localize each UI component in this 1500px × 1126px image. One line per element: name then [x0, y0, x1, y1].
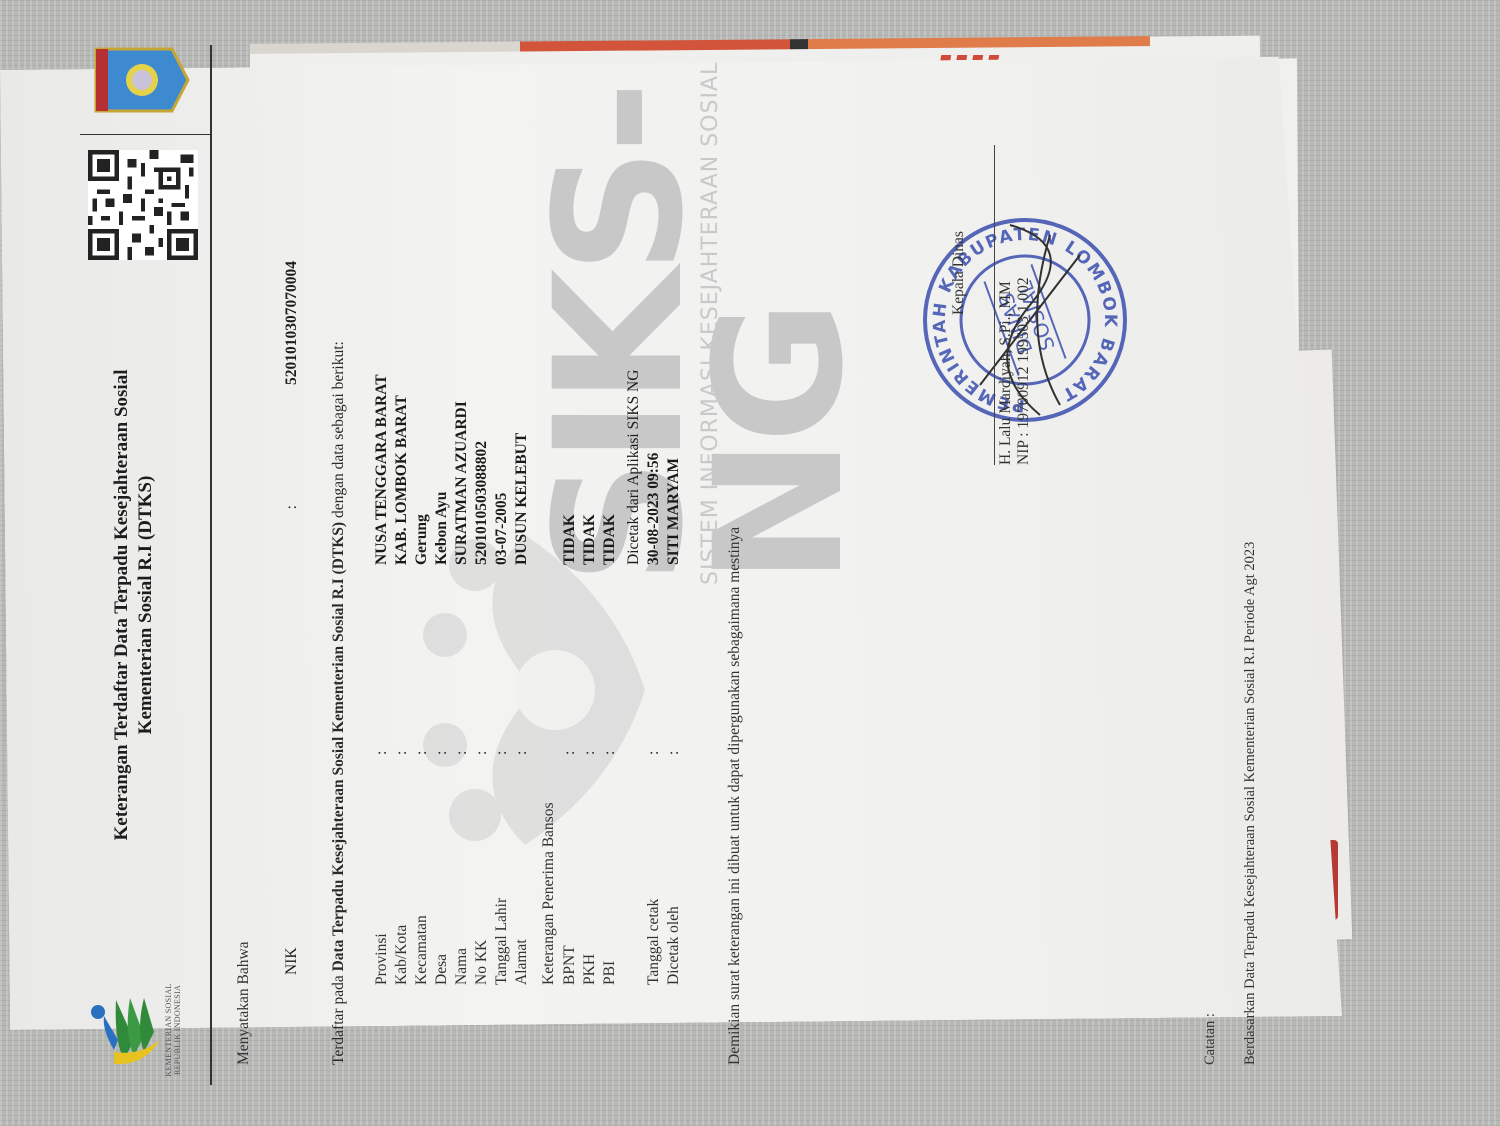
title-line-2: Kementerian Sosial R.I (DTKS) [134, 245, 158, 965]
bansos-value: TIDAK [560, 514, 580, 565]
field-colon: : [560, 565, 580, 755]
field-colon: : [392, 565, 412, 755]
bansos-label: BPNT [560, 755, 580, 1065]
field-label: Nama [452, 755, 472, 1065]
notes-text: Berdasarkan Data Terpadu Kesejahteraan S… [1230, 542, 1270, 1065]
field-row: Kab/Kota:KAB. LOMBOK BARAT [392, 65, 412, 1065]
nik-colon: : [283, 385, 301, 875]
bansos-row-bpnt: BPNT:TIDAK [560, 65, 580, 1065]
signatory-name: H. Lalu Mardiyah, S.Pi., MM [994, 145, 1015, 465]
printed-by-value: SITI MARYAM [664, 458, 684, 565]
bansos-label: PBI [600, 755, 620, 1065]
field-row: Desa:Kebon Ayu [432, 65, 452, 1065]
field-value: SURATMAN AZUARDI [452, 401, 472, 565]
qr-code-icon[interactable] [88, 150, 198, 260]
field-colon: : [412, 565, 432, 755]
printed-from-text: Dicetak dari Aplikasi SIKS NG [624, 370, 644, 565]
lead-text: Menyatakan Bahwa [235, 65, 253, 1065]
field-colon: : [372, 565, 392, 755]
bansos-fields: BPNT:TIDAK PKH:TIDAK PBI:TIDAK [560, 65, 620, 1065]
intro-prefix: Terdaftar pada [330, 971, 347, 1065]
field-row: Kecamatan:Gerung [412, 65, 432, 1065]
signatory-title: Kepala Dinas [950, 145, 968, 465]
notes-label: Catatan : [1190, 542, 1230, 1065]
field-value: 03-07-2005 [492, 493, 512, 565]
nik-label: NIK [283, 875, 301, 1065]
kemensos-logo: KEMENTERIAN SOSIAL REPUBLIK INDONESIA [84, 975, 204, 1085]
closing-statement: Demikian surat keterangan ini dibuat unt… [726, 65, 744, 1065]
field-value: DUSUN KELEBUT [512, 433, 532, 565]
printed-by-row: Dicetak oleh:SITI MARYAM [664, 65, 684, 1065]
header-rule [210, 45, 212, 1085]
print-meta-label: Tanggal cetak [644, 755, 664, 1065]
field-row: Alamat:DUSUN KELEBUT [512, 65, 532, 1065]
field-label: Kecamatan [412, 755, 432, 1065]
field-colon: : [512, 565, 532, 755]
kemensos-emblem-icon [84, 990, 164, 1070]
identity-fields: Provinsi:NUSA TENGGARA BARAT Kab/Kota:KA… [372, 65, 532, 1065]
field-colon: : [644, 565, 664, 755]
field-value: Gerung [412, 514, 432, 565]
intro-suffix: dengan data sebagai berikut: [330, 341, 347, 522]
field-colon: : [600, 565, 620, 755]
field-colon: : [432, 565, 452, 755]
field-label: No KK [472, 755, 492, 1065]
signature-block: Kepala Dinas H. Lalu Mardiyah, S.Pi., MM… [950, 145, 1033, 465]
field-colon: : [580, 565, 600, 755]
field-row: Provinsi:NUSA TENGGARA BARAT [372, 65, 392, 1065]
print-date-value: 30-08-2023 09:56 [644, 453, 664, 565]
field-value: NUSA TENGGARA BARAT [372, 374, 392, 565]
ministry-caption-sub: REPUBLIK INDONESIA [173, 975, 182, 1085]
bansos-row-pbi: PBI:TIDAK [600, 65, 620, 1065]
field-value: 5201010503088802 [472, 441, 492, 565]
bansos-section-label: Keterangan Penerima Bansos [540, 65, 558, 1065]
field-label: Provinsi [372, 755, 392, 1065]
field-colon: : [664, 565, 684, 755]
header-divider [80, 134, 210, 135]
printed-from-row: Dicetak dari Aplikasi SIKS NG [624, 65, 644, 1065]
print-date-row: Tanggal cetak:30-08-2023 09:56 [644, 65, 664, 1065]
title-line-1: Keterangan Terdaftar Data Terpadu Keseja… [110, 245, 134, 965]
document-body: Menyatakan Bahwa NIK : 5201010307070004 … [235, 65, 744, 1065]
notes-section: Catatan : Berdasarkan Data Terpadu Kesej… [1190, 542, 1270, 1065]
print-meta-label: Dicetak oleh [664, 755, 684, 1065]
bansos-value: TIDAK [600, 514, 620, 565]
field-value: Kebon Ayu [432, 492, 452, 565]
field-label: Desa [432, 755, 452, 1065]
field-colon: : [492, 565, 512, 755]
intro-paragraph: Terdaftar pada Data Terpadu Kesejahteraa… [329, 65, 348, 1065]
nik-row: NIK : 5201010307070004 [283, 65, 301, 1065]
document-header: KEMENTERIAN SOSIAL REPUBLIK INDONESIA Ke… [70, 25, 210, 1105]
signatory-nip: NIP : 19700912 199503 1 002 [1015, 145, 1033, 465]
field-colon: : [452, 565, 472, 755]
field-label: Alamat [512, 755, 532, 1065]
bansos-label: PKH [580, 755, 600, 1065]
bansos-row-pkh: PKH:TIDAK [580, 65, 600, 1065]
field-label: Tanggal Lahir [492, 755, 512, 1065]
bansos-value: TIDAK [580, 514, 600, 565]
lombok-barat-crest-icon [92, 45, 192, 115]
dtks-certificate: SIKS-NG SISTEM INFORMASI KESEJAHTERAAN S… [70, 25, 1310, 1105]
field-label: Kab/Kota [392, 755, 412, 1065]
field-row: Tanggal Lahir:03-07-2005 [492, 65, 512, 1065]
document-title: Keterangan Terdaftar Data Terpadu Keseja… [110, 245, 158, 965]
field-value: KAB. LOMBOK BARAT [392, 395, 412, 565]
field-colon: : [472, 565, 492, 755]
ministry-caption: KEMENTERIAN SOSIAL [164, 975, 173, 1085]
field-row: Nama:SURATMAN AZUARDI [452, 65, 472, 1065]
nik-value: 5201010307070004 [283, 261, 301, 385]
field-row: No KK:5201010503088802 [472, 65, 492, 1065]
intro-dtks: Data Terpadu Kesejahteraan Sosial Kement… [330, 522, 347, 972]
